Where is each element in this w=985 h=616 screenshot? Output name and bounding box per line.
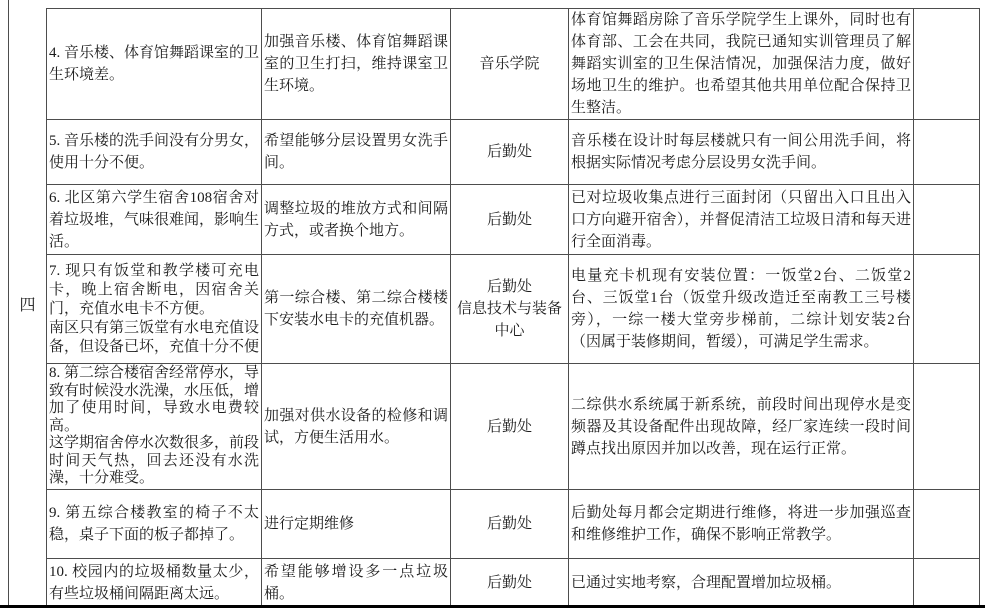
- response-cell: 后勤处每月都会定期进行维修，将进一步加强巡查和维修维护工作，确保不影响正常教学。: [569, 490, 914, 559]
- suggestion-cell: 加强对供水设备的检修和调试，方便生活用水。: [262, 364, 451, 490]
- department-cell: 后勤处: [451, 120, 569, 185]
- remarks-cell: [914, 120, 980, 185]
- suggestion-cell: 希望能够增设多一点垃圾桶。: [262, 559, 451, 607]
- suggestion-cell: 希望能够分层设置男女洗手间。: [262, 120, 451, 185]
- document-page: 四 4. 音乐楼、体育馆舞蹈课室的卫生环境差。 加强音乐楼、体育馆舞蹈课室的卫生…: [0, 0, 985, 616]
- table-row: 7. 现只有饭堂和教学楼可充电卡，晚上宿舍断电，因宿舍关门，充值水电卡不方便。 …: [47, 255, 980, 364]
- issue-cell: 4. 音乐楼、体育馆舞蹈课室的卫生环境差。: [47, 9, 262, 120]
- response-cell: 音乐楼在设计时每层楼就只有一间公用洗手间，将根据实际情况考虑分层设男女洗手间。: [569, 120, 914, 185]
- table-row: 4. 音乐楼、体育馆舞蹈课室的卫生环境差。 加强音乐楼、体育馆舞蹈课室的卫生打扫…: [47, 9, 980, 120]
- issue-cell: 6. 北区第六学生宿舍108宿舍对着垃圾堆，气味很难闻，影响生活。: [47, 185, 262, 255]
- department-cell: 后勤处: [451, 490, 569, 559]
- response-cell: 二综供水系统属于新系统，前段时间出现停水是变频器及其设备配件出现故障，经厂家连续…: [569, 364, 914, 490]
- suggestion-cell: 调整垃圾的堆放方式和间隔方式，或者换个地方。: [262, 185, 451, 255]
- response-cell: 已对垃圾收集点进行三面封闭（只留出入口且出入口方向避开宿舍），并督促清洁工垃圾日…: [569, 185, 914, 255]
- issue-cell: 7. 现只有饭堂和教学楼可充电卡，晚上宿舍断电，因宿舍关门，充值水电卡不方便。 …: [47, 255, 262, 364]
- table-row: 5. 音乐楼的洗手间没有分男女，使用十分不便。 希望能够分层设置男女洗手间。 后…: [47, 120, 980, 185]
- response-cell: 已通过实地考察，合理配置增加垃圾桶。: [569, 559, 914, 607]
- remarks-cell: [914, 364, 980, 490]
- issue-cell: 9. 第五综合楼教室的椅子不太稳，桌子下面的板子都掉了。: [47, 490, 262, 559]
- remarks-cell: [914, 9, 980, 120]
- remarks-cell: [914, 185, 980, 255]
- suggestion-cell: 进行定期维修: [262, 490, 451, 559]
- table-row: 8. 第二综合楼宿舍经常停水，导致有时候没水洗澡，水压低，增加了使用时间，导致水…: [47, 364, 980, 490]
- issue-cell: 10. 校园内的垃圾桶数量太少，有些垃圾桶间隔距离太远。: [47, 559, 262, 607]
- table-row: 10. 校园内的垃圾桶数量太少，有些垃圾桶间隔距离太远。 希望能够增设多一点垃圾…: [47, 559, 980, 607]
- department-cell: 音乐学院: [451, 9, 569, 120]
- remarks-cell: [914, 490, 980, 559]
- feedback-table: 4. 音乐楼、体育馆舞蹈课室的卫生环境差。 加强音乐楼、体育馆舞蹈课室的卫生打扫…: [46, 8, 980, 607]
- remarks-cell: [914, 559, 980, 607]
- suggestion-cell: 加强音乐楼、体育馆舞蹈课室的卫生打扫，维持课室卫生环境。: [262, 9, 451, 120]
- response-cell: 电量充卡机现有安装位置：一饭堂2台、二饭堂2台、三饭堂1台（饭堂升级改造迁至南教…: [569, 255, 914, 364]
- table-bottom-border: [0, 605, 985, 608]
- response-cell: 体育馆舞蹈房除了音乐学院学生上课外，同时也有体育部、工会在共同，我院已通知实训管…: [569, 9, 914, 120]
- issue-cell: 5. 音乐楼的洗手间没有分男女，使用十分不便。: [47, 120, 262, 185]
- department-cell: 后勤处: [451, 559, 569, 607]
- suggestion-cell: 第一综合楼、第二综合楼楼下安装水电卡的充值机器。: [262, 255, 451, 364]
- issue-cell: 8. 第二综合楼宿舍经常停水，导致有时候没水洗澡，水压低，增加了使用时间，导致水…: [47, 364, 262, 490]
- table-row: 9. 第五综合楼教室的椅子不太稳，桌子下面的板子都掉了。 进行定期维修 后勤处 …: [47, 490, 980, 559]
- department-cell: 后勤处: [451, 185, 569, 255]
- remarks-cell: [914, 255, 980, 364]
- category-cell: 四: [9, 0, 46, 607]
- table-row: 6. 北区第六学生宿舍108宿舍对着垃圾堆，气味很难闻，影响生活。 调整垃圾的堆…: [47, 185, 980, 255]
- department-cell: 后勤处: [451, 364, 569, 490]
- department-cell: 后勤处 信息技术与装备中心: [451, 255, 569, 364]
- category-label: 四: [19, 292, 35, 315]
